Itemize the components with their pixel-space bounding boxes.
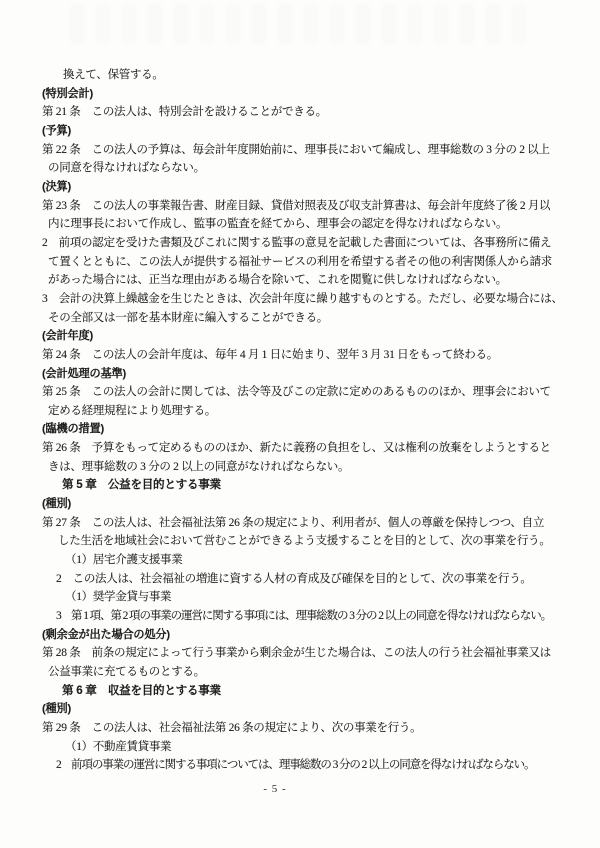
- chapter-heading: 第 6 章 収益を目的とする事業: [42, 682, 572, 701]
- doc-line: きは、理事総数の 3 分の 2 以上の同意がなければならない。: [42, 458, 572, 477]
- article-caption: (種別): [42, 700, 572, 719]
- page-number: - 5 -: [0, 783, 550, 795]
- doc-line: 公益事業に充てるものとする。: [42, 663, 572, 682]
- doc-line: 2 前項の事業の運営に関する事項については、理事総数の 3 分の 2 以上の同意…: [42, 756, 572, 775]
- article-caption: (臨機の措置): [42, 420, 572, 439]
- article-caption: (予算): [42, 122, 572, 141]
- article-caption: (特別会計): [42, 85, 572, 104]
- doc-line: 3 会計の決算上繰越金を生じたときは、次会計年度に繰り越すものとする。ただし、必…: [42, 290, 572, 309]
- doc-line: 内に理事長において作成し、監事の監査を経てから、理事会の認定を得なければならない…: [42, 215, 572, 234]
- doc-line: 第 29 条 この法人は、社会福祉法第 26 条の規定により、次の事業を行う。: [42, 719, 572, 738]
- document-body: 換えて、保管する。(特別会計)第 21 条 この法人は、特別会計を設けることがで…: [42, 66, 572, 775]
- doc-line: 2 前項の認定を受けた書類及びこれに関する監事の意見を記載した書面については、各…: [42, 234, 572, 253]
- doc-line: 定める経理規程により処理する。: [42, 402, 572, 421]
- doc-line: 3 第 1 項、第 2 項の事業の運営に関する事項には、理事総数の 3 分の 2…: [42, 607, 572, 626]
- article-caption: (剰余金が出た場合の処分): [42, 626, 572, 645]
- doc-line: その全部又は一部を基本財産に編入することができる。: [42, 309, 572, 328]
- article-caption: (会計処理の基準): [42, 365, 572, 384]
- doc-line: 換えて、保管する。: [42, 66, 572, 85]
- article-caption: (決算): [42, 178, 572, 197]
- chapter-heading: 第 5 章 公益を目的とする事業: [42, 476, 572, 495]
- doc-line: の同意を得なければならない。: [42, 159, 572, 178]
- doc-line: があった場合には、正当な理由がある場合を除いて、これを閲覧に供しなければならない…: [42, 271, 572, 290]
- scanned-document-page: 換えて、保管する。(特別会計)第 21 条 この法人は、特別会計を設けることがで…: [0, 0, 600, 848]
- doc-line: 第 21 条 この法人は、特別会計を設けることができる。: [42, 103, 572, 122]
- doc-line: 第 27 条 この法人は、社会福祉法第 26 条の規定により、利用者が、個人の尊…: [42, 514, 572, 533]
- doc-line: （1）居宅介護支援事業: [42, 551, 572, 570]
- doc-line: 第 28 条 前条の規定によって行う事業から剰余金が生じた場合は、この法人の行う…: [42, 644, 572, 663]
- doc-line: 2 この法人は、社会福祉の増進に資する人材の育成及び確保を目的として、次の事業を…: [42, 570, 572, 589]
- doc-line: 第 26 条 予算をもって定めるもののほか、新たに義務の負担をし、又は権利の放棄…: [42, 439, 572, 458]
- doc-line: て置くとともに、この法人が提供する福祉サービスの利用を希望する者その他の利害関係…: [42, 253, 572, 272]
- doc-line: 第 22 条 この法人の予算は、毎会計年度開始前に、理事長において編成し、理事総…: [42, 141, 572, 160]
- article-caption: (会計年度): [42, 327, 572, 346]
- scan-ghost-artifact: [70, 4, 530, 44]
- doc-line: 第 23 条 この法人の事業報告書、財産目録、貸借対照表及び収支計算書は、毎会計…: [42, 197, 572, 216]
- article-caption: (種別): [42, 495, 572, 514]
- doc-line: 第 24 条 この法人の会計年度は、毎年 4 月 1 日に始まり、翌年 3 月 …: [42, 346, 572, 365]
- doc-line: （1）不動産賃貸事業: [42, 738, 572, 757]
- doc-line: した生活を地域社会において営むことができるよう支援することを目的として、次の事業…: [42, 532, 572, 551]
- doc-line: 第 25 条 この法人の会計に関しては、法令等及びこの定款に定めのあるもののほか…: [42, 383, 572, 402]
- doc-line: （1）奨学金貸与事業: [42, 588, 572, 607]
